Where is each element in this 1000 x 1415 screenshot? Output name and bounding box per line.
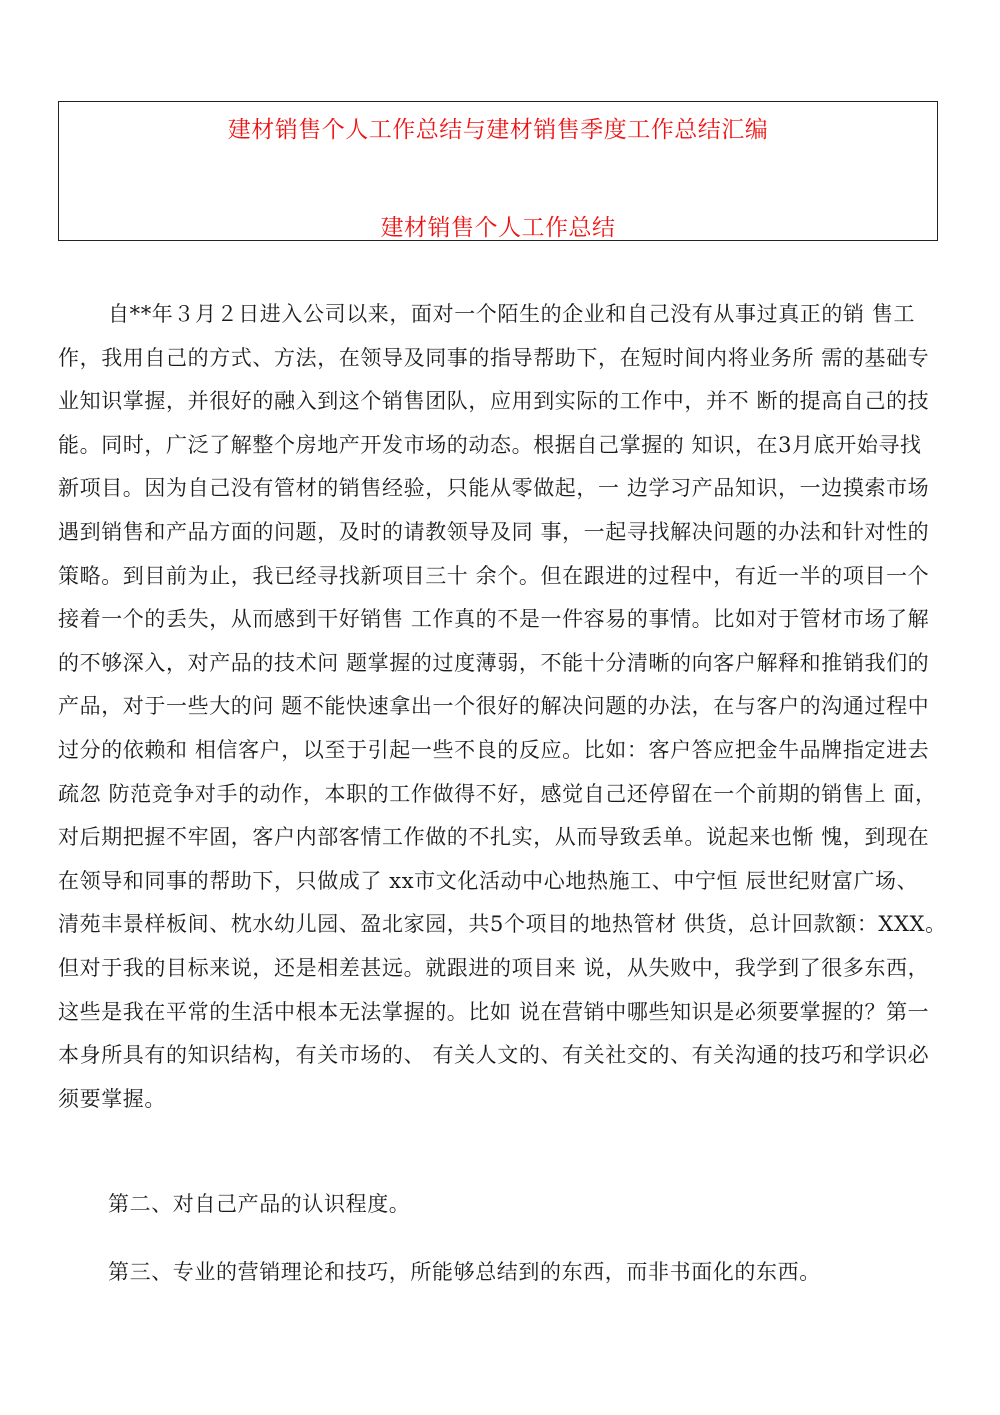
- paragraph-line: 新项目。因为自己没有管材的销售经验，只能从零做起，一 边学习产品知识，一边摸索市…: [58, 470, 948, 514]
- paragraph-line: 业知识掌握，并很好的融入到这个销售团队，应用到实际的工作中，并不 断的提高自己的…: [58, 383, 948, 427]
- paragraph-line: 须要掌握。: [58, 1081, 948, 1125]
- paragraph-line: 能。同时，广泛了解整个房地产开发市场的动态。根据自己掌握的 知识，在3月底开始寻…: [58, 427, 948, 471]
- paragraph-line: 遇到销售和产品方面的问题，及时的请教领导及同 事，一起寻找解决问题的办法和针对性…: [58, 514, 948, 558]
- document-title: 建材销售个人工作总结与建材销售季度工作总结汇编: [59, 111, 937, 144]
- title-box: 建材销售个人工作总结与建材销售季度工作总结汇编 建材销售个人工作总结: [58, 101, 938, 241]
- paragraph-line: 产品，对于一些大的问 题不能快速拿出一个很好的解决问题的办法，在与客户的沟通过程…: [58, 688, 948, 732]
- list-item-second: 第二、对自己产品的认识程度。: [108, 1188, 410, 1218]
- paragraph-line: 策略。到目前为止，我已经寻找新项目三十 余个。但在跟进的过程中，有近一半的项目一…: [58, 558, 948, 602]
- paragraph-line: 过分的依赖和 相信客户，以至于引起一些不良的反应。比如：客户答应把金牛品牌指定进…: [58, 732, 948, 776]
- list-item-third: 第三、专业的营销理论和技巧，所能够总结到的东西，而非书面化的东西。: [108, 1256, 821, 1286]
- paragraph-line: 自**年３月２日进入公司以来，面对一个陌生的企业和自己没有从事过真正的销 售工: [58, 296, 948, 340]
- paragraph-line: 但对于我的目标来说，还是相差甚远。就跟进的项目来 说，从失败中，我学到了很多东西…: [58, 950, 948, 994]
- paragraph-line: 这些是我在平常的生活中根本无法掌握的。比如 说在营销中哪些知识是必须要掌握的？第…: [58, 994, 948, 1038]
- paragraph-line: 在领导和同事的帮助下，只做成了 xx市文化活动中心地热施工、中宁恒 辰世纪财富广…: [58, 863, 948, 907]
- paragraph-line: 的不够深入，对产品的技术问 题掌握的过度薄弱，不能十分清晰的向客户解释和推销我们…: [58, 645, 948, 689]
- paragraph-line: 本身所具有的知识结构，有关市场的、 有关人文的、有关社交的、有关沟通的技巧和学识…: [58, 1037, 948, 1081]
- paragraph-line: 接着一个的丢失，从而感到干好销售 工作真的不是一件容易的事情。比如对于管材市场了…: [58, 601, 948, 645]
- body-paragraph: 自**年３月２日进入公司以来，面对一个陌生的企业和自己没有从事过真正的销 售工 …: [58, 296, 948, 1124]
- paragraph-line: 清苑丰景样板间、枕水幼儿园、盈北家园，共5个项目的地热管材 供货，总计回款额：X…: [58, 906, 948, 950]
- section-title: 建材销售个人工作总结: [59, 209, 937, 242]
- paragraph-line: 疏忽 防范竞争对手的动作，本职的工作做得不好，感觉自己还停留在一个前期的销售上 …: [58, 776, 948, 820]
- paragraph-line: 作，我用自己的方式、方法，在领导及同事的指导帮助下，在短时间内将业务所 需的基础…: [58, 340, 948, 384]
- paragraph-line: 对后期把握不牢固，客户内部客情工作做的不扎实，从而导致丢单。说起来也惭 愧，到现…: [58, 819, 948, 863]
